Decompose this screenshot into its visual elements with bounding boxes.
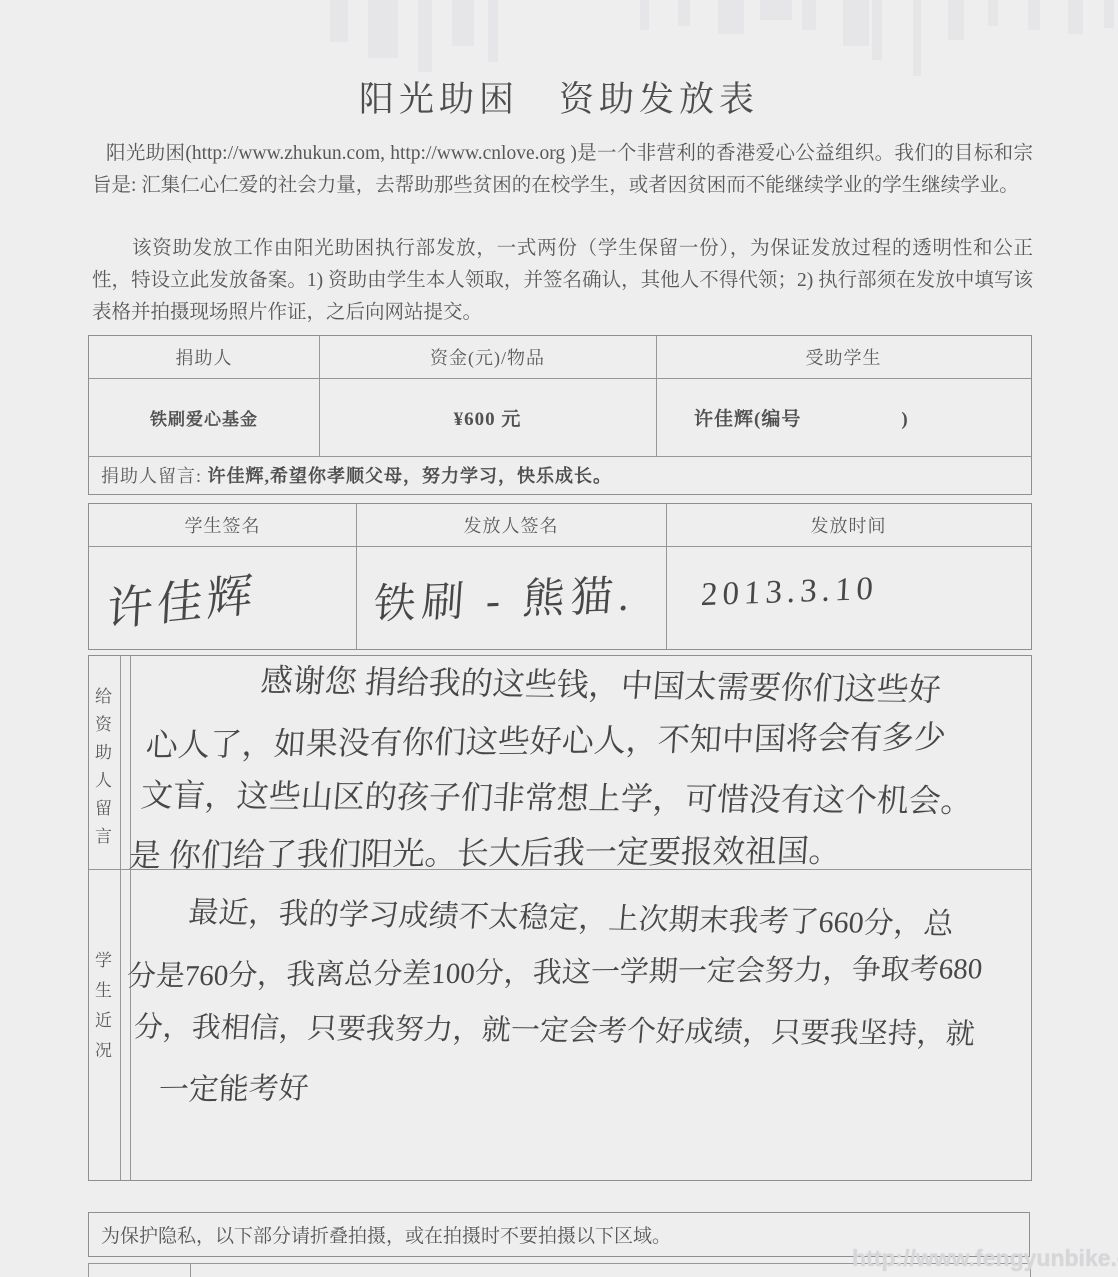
scan-artifact: [718, 0, 744, 34]
amount-header: 资金(元)/物品: [319, 336, 656, 378]
privacy-note-text: 为保护隐私，以下部分请折叠拍摄，或在拍摄时不要拍摄以下区域。: [101, 1221, 671, 1248]
scan-artifact: [1028, 0, 1040, 30]
donor-message-line: 是 你们给了我们阳光。长大后我一定要报效祖国。: [128, 826, 843, 877]
scan-artifact: [760, 0, 792, 20]
donor-header: 捐助人: [89, 336, 319, 378]
table-rule: [190, 1263, 191, 1277]
scan-artifact: [1104, 0, 1114, 28]
donation-table: 捐助人 资金(元)/物品 受助学生 铁刷爱心基金 ¥600 元 许佳辉(编号 )…: [88, 335, 1032, 495]
donor-message-section-label: 给资助人留言: [89, 678, 119, 863]
scan-artifact: [948, 0, 964, 40]
issue-time-header: 发放时间: [666, 504, 1031, 546]
table-rule: [89, 546, 1031, 547]
scan-artifact: [843, 0, 869, 46]
scan-artifact: [1068, 0, 1083, 34]
student-status-line: 分，我相信，只要我努力，就一定会考个好成绩，只要我坚持，就: [132, 1004, 976, 1052]
scanned-form-sheet: 阳光助困 资助发放表 阳光助困(http://www.zhukun.com, h…: [0, 0, 1118, 1277]
scan-artifact: [330, 0, 348, 42]
issue-date-handwriting: 2013.3.10: [699, 549, 880, 635]
donor-message-label: 捐助人留言:: [101, 462, 208, 488]
scan-artifact: [488, 0, 498, 62]
site-watermark: http://www.fengyunbike.com: [852, 1245, 1118, 1272]
issuer-sign-header: 发放人签名: [356, 504, 666, 546]
issuer-signature-handwriting: 铁刷 - 熊猫.: [371, 549, 638, 643]
table-rule: [88, 1263, 89, 1277]
scan-artifact: [988, 0, 998, 26]
donor-message-line: 文盲，这些山区的孩子们非常想上学，可惜没有这个机会。: [139, 770, 975, 822]
student-status-line: 最近，我的学习成绩不太稳定，上次期末我考了660分，总: [187, 887, 956, 943]
student-header: 受助学生: [656, 336, 1031, 378]
scan-artifact: [452, 0, 474, 46]
donor-value: 铁刷爱心基金: [89, 378, 319, 456]
student-status-section-label: 学生近况: [89, 951, 119, 1071]
message-table: 给资助人留言 学生近况 感谢您 捐给我的这些钱，中国太需要你们这些好 心人了，如…: [88, 655, 1032, 1181]
table-rule: [130, 656, 131, 1180]
scan-artifact: [872, 0, 882, 60]
donor-message-line: 心人了，如果没有你们这些好心人，不知中国将会有多少: [145, 712, 948, 766]
scan-artifact: [418, 0, 432, 72]
student-value: 许佳辉(编号 ): [656, 378, 1031, 456]
scan-artifact: [368, 0, 398, 58]
scan-artifact: [640, 0, 649, 30]
scan-artifact: [802, 0, 816, 30]
donor-message-text: 许佳辉,希望你孝顺父母，努力学习，快乐成长。: [208, 462, 613, 488]
scan-artifact: [913, 0, 921, 76]
table-rule: [120, 656, 121, 1180]
student-signature-handwriting: 许佳辉: [105, 548, 259, 650]
donor-message-line: 感谢您 捐给我的这些钱，中国太需要你们这些好: [259, 655, 943, 710]
amount-value: ¥600 元: [319, 378, 656, 456]
student-status-line: 分是760分，我离总分差100分，我这一学期一定会努力，争取考680: [126, 946, 984, 994]
intro-paragraph-1: 阳光助困(http://www.zhukun.com, http://www.c…: [92, 138, 1033, 202]
student-status-line: 一定能考好: [158, 1063, 310, 1109]
form-title: 阳光助困 资助发放表: [0, 72, 1118, 122]
intro-paragraph-2: 该资助发放工作由阳光助困执行部发放，一式两份（学生保留一份），为保证发放过程的透…: [92, 233, 1033, 329]
signature-table: 学生签名 发放人签名 发放时间 许佳辉 铁刷 - 熊猫. 2013.3.10: [88, 503, 1032, 650]
scan-artifact: [678, 0, 690, 26]
student-sign-header: 学生签名: [89, 504, 356, 546]
